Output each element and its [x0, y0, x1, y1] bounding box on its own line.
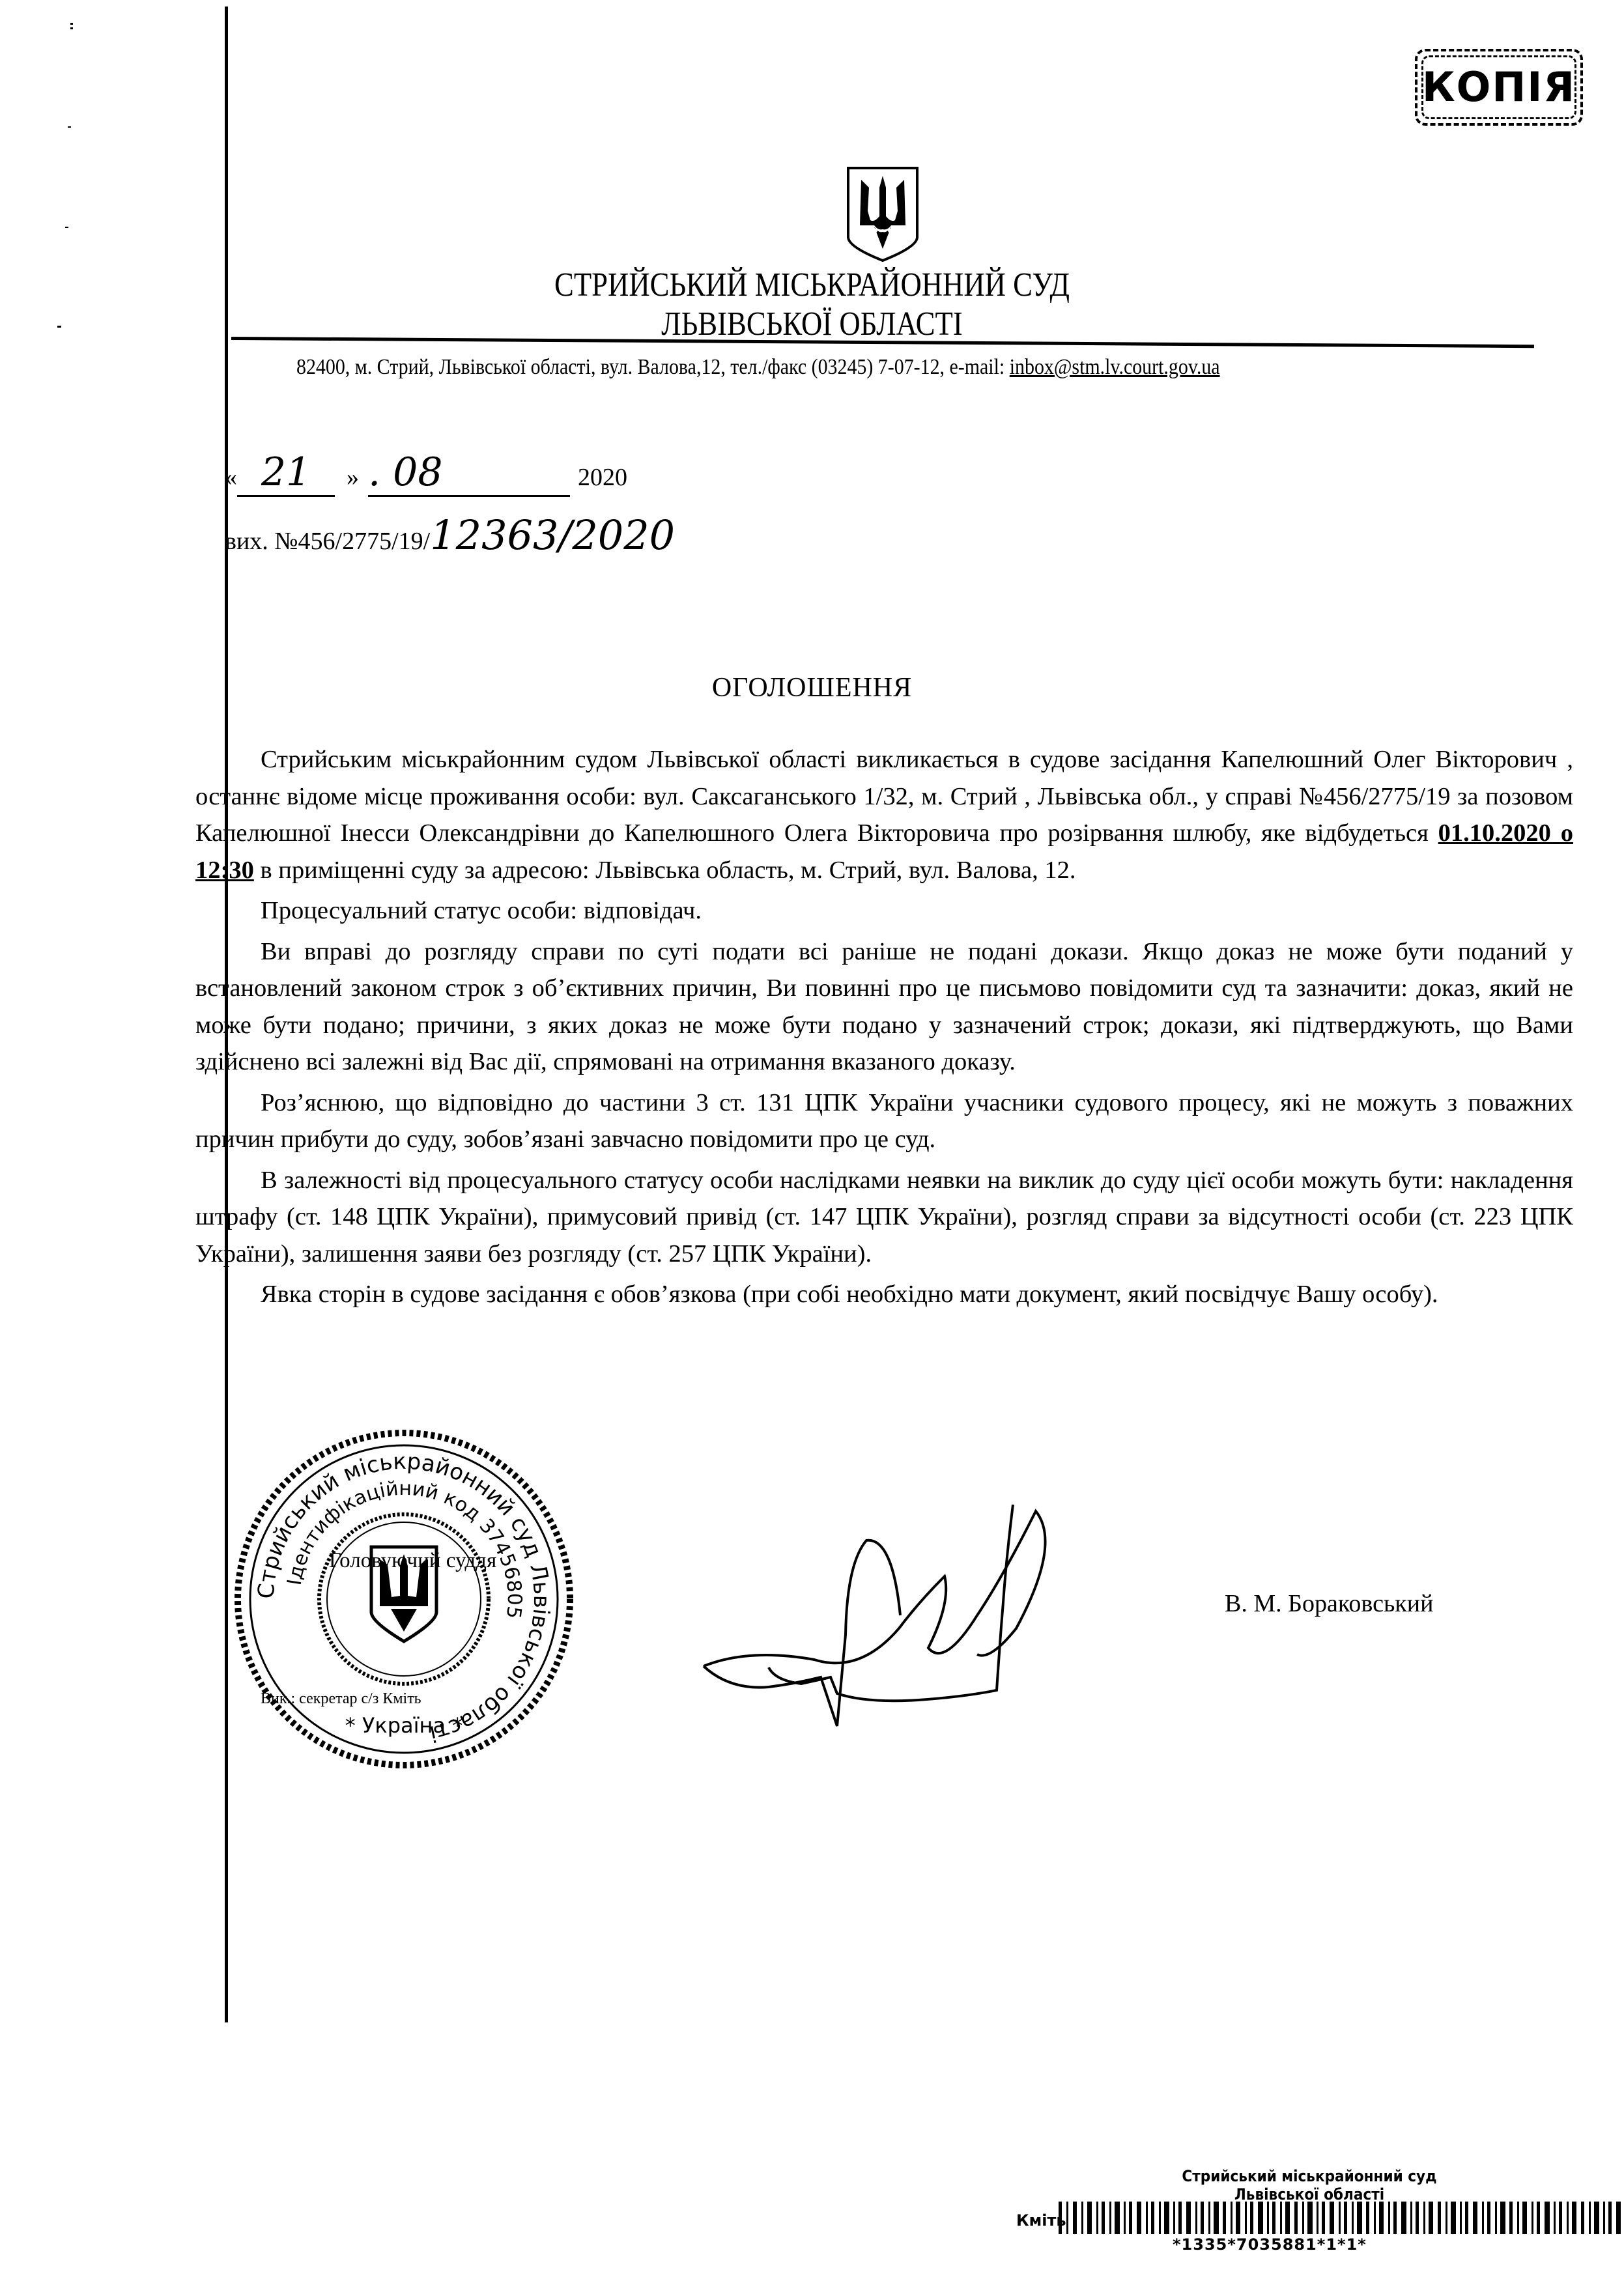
outgoing-number-handwritten: 12363/2020	[430, 511, 675, 559]
court-address: 82400, м. Стрий, Львівської області, вул…	[296, 355, 1220, 380]
scan-speck	[70, 27, 73, 29]
scan-speck	[70, 23, 73, 25]
paragraph-summons: Стрийським міськрайонним судом Львівсько…	[195, 741, 1573, 888]
date-close-quote: »	[347, 464, 359, 491]
scan-speck	[65, 227, 68, 228]
date-month-handwritten: . 08	[368, 449, 570, 497]
trident-emblem-icon	[846, 165, 920, 263]
date-day-handwritten: 21	[237, 449, 335, 497]
document-title: ОГОЛОШЕННЯ	[0, 672, 1624, 703]
summons-location: в приміщенні суду за адресою: Львівська …	[254, 857, 1076, 884]
barcode-court-label: Стрийський міськрайонний суд Львівської …	[1175, 2167, 1444, 2204]
summons-text: Стрийським міськрайонним судом Львівсько…	[195, 746, 1573, 847]
court-name-line1: СТРИЙСЬКИЙ МІСЬКРАЙОННИЙ СУД	[114, 267, 1511, 304]
scan-speck	[57, 326, 61, 328]
paragraph-status: Процесуальний статус особи: відповідач.	[195, 892, 1573, 929]
copy-stamp-label: КОПІЯ	[1417, 63, 1580, 111]
scan-speck	[68, 126, 71, 128]
document-barcode-icon	[1059, 2202, 1624, 2234]
presiding-judge-label: Головуючий суддя	[329, 1549, 496, 1573]
judge-name: В. М. Бораковський	[1225, 1589, 1433, 1618]
judge-signature-icon	[671, 1479, 1075, 1739]
secretary-note: Вик.: секретар с/з Кміть	[261, 1690, 421, 1708]
paragraph-notify: Роз’яснюю, що відповідно до частини 3 ст…	[195, 1084, 1573, 1158]
outgoing-number: вих. №456/2775/19/12363/2020	[225, 511, 675, 559]
copy-stamp: КОПІЯ	[1415, 49, 1583, 126]
notice-body: Стрийським міськрайонним судом Львівсько…	[195, 741, 1573, 1313]
email-link[interactable]: inbox@stm.lv.court.gov.ua	[1010, 355, 1220, 379]
svg-text:* Україна *: * Україна *	[345, 1713, 463, 1738]
court-seal-icon: Стрийський міськрайонний суд Львівської …	[231, 1426, 577, 1772]
barcode-number: *1335*7035881*1*1*	[1173, 2235, 1367, 2254]
outgoing-prefix: вих. №456/2775/19/	[225, 528, 430, 555]
address-text: 82400, м. Стрий, Львівської області, вул…	[296, 355, 1010, 379]
paragraph-attendance: Явка сторін в судове засідання є обов’яз…	[195, 1276, 1573, 1313]
date-year: 2020	[578, 464, 627, 491]
document-date: «21». 082020	[225, 449, 627, 497]
barcode-court-line1: Стрийський міськрайонний суд	[1175, 2167, 1444, 2185]
barcode-court-line2: Львівської області	[1175, 2185, 1444, 2204]
date-open-quote: «	[225, 464, 237, 491]
paragraph-consequences: В залежності від процесуального статусу …	[195, 1162, 1573, 1273]
paragraph-evidence: Ви вправі до розгляду справи по суті под…	[195, 933, 1573, 1081]
